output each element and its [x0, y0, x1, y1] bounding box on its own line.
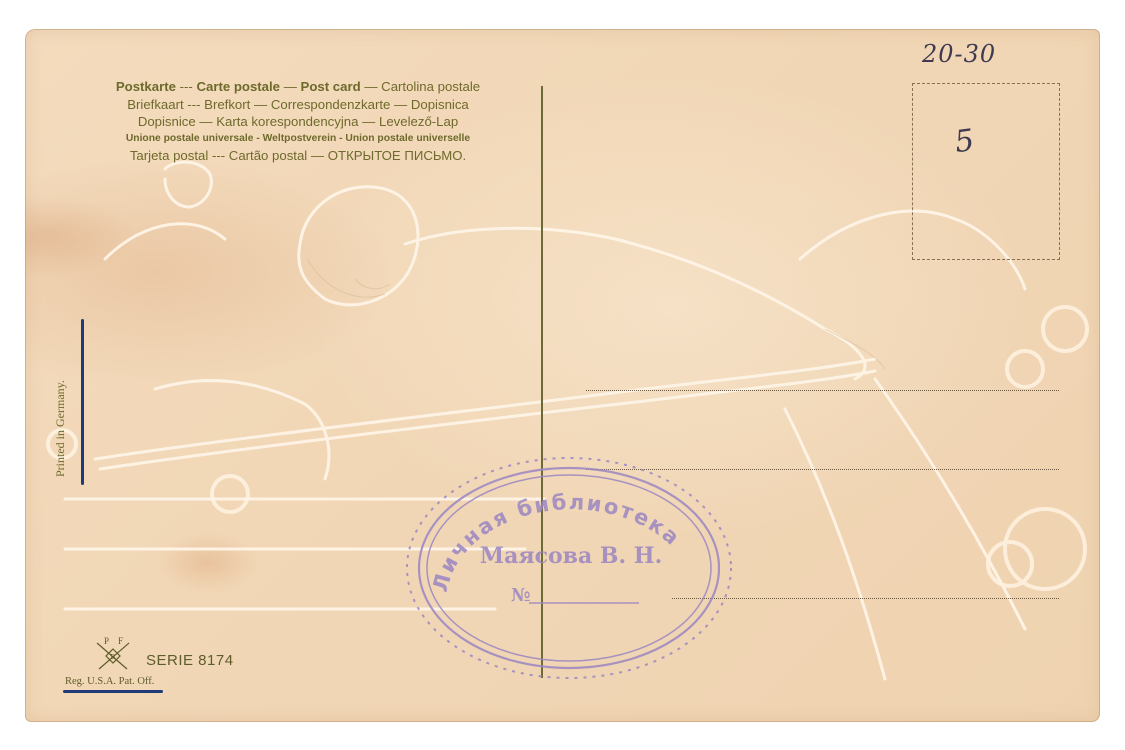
svg-text:B: B — [111, 653, 116, 661]
svg-text:№: № — [511, 585, 531, 606]
publisher-logo-icon: P F B — [93, 635, 133, 671]
svg-text:Маясова В. Н.: Маясова В. Н. — [480, 543, 663, 569]
serie-number: SERIE 8174 — [146, 652, 234, 669]
postcard-header-multilingual: Postkarte --- Carte postale — Post card … — [98, 78, 498, 164]
postcard-back: Postkarte --- Carte postale — Post card … — [25, 29, 1100, 722]
printed-in-germany-label: Printed in Germany. — [53, 337, 73, 477]
svg-text:F: F — [118, 636, 123, 646]
header-line-5: Tarjeta postal --- Cartão postal — ОТКРЫ… — [98, 147, 498, 165]
header-line-3: Dopisnice — Karta korespondencyjna — Lev… — [98, 113, 498, 131]
registration-mark: Reg. U.S.A. Pat. Off. — [65, 676, 154, 687]
blue-pencil-mark-vertical — [81, 319, 84, 485]
postage-stamp-box — [912, 83, 1060, 260]
address-line-1 — [586, 390, 1059, 391]
handwritten-price: 20-30 — [922, 40, 996, 68]
svg-text:P: P — [104, 636, 109, 646]
header-line-2: Briefkaart --- Brefkort — Correspondenzk… — [98, 96, 498, 114]
header-line-4: Unione postale universale - Weltpostvere… — [98, 131, 498, 147]
header-line-1: Postkarte --- Carte postale — Post card … — [98, 78, 498, 96]
blue-pencil-mark-horizontal — [63, 690, 163, 693]
library-ownership-stamp: Личная библиотека Маясова В. Н. № — [399, 443, 739, 679]
